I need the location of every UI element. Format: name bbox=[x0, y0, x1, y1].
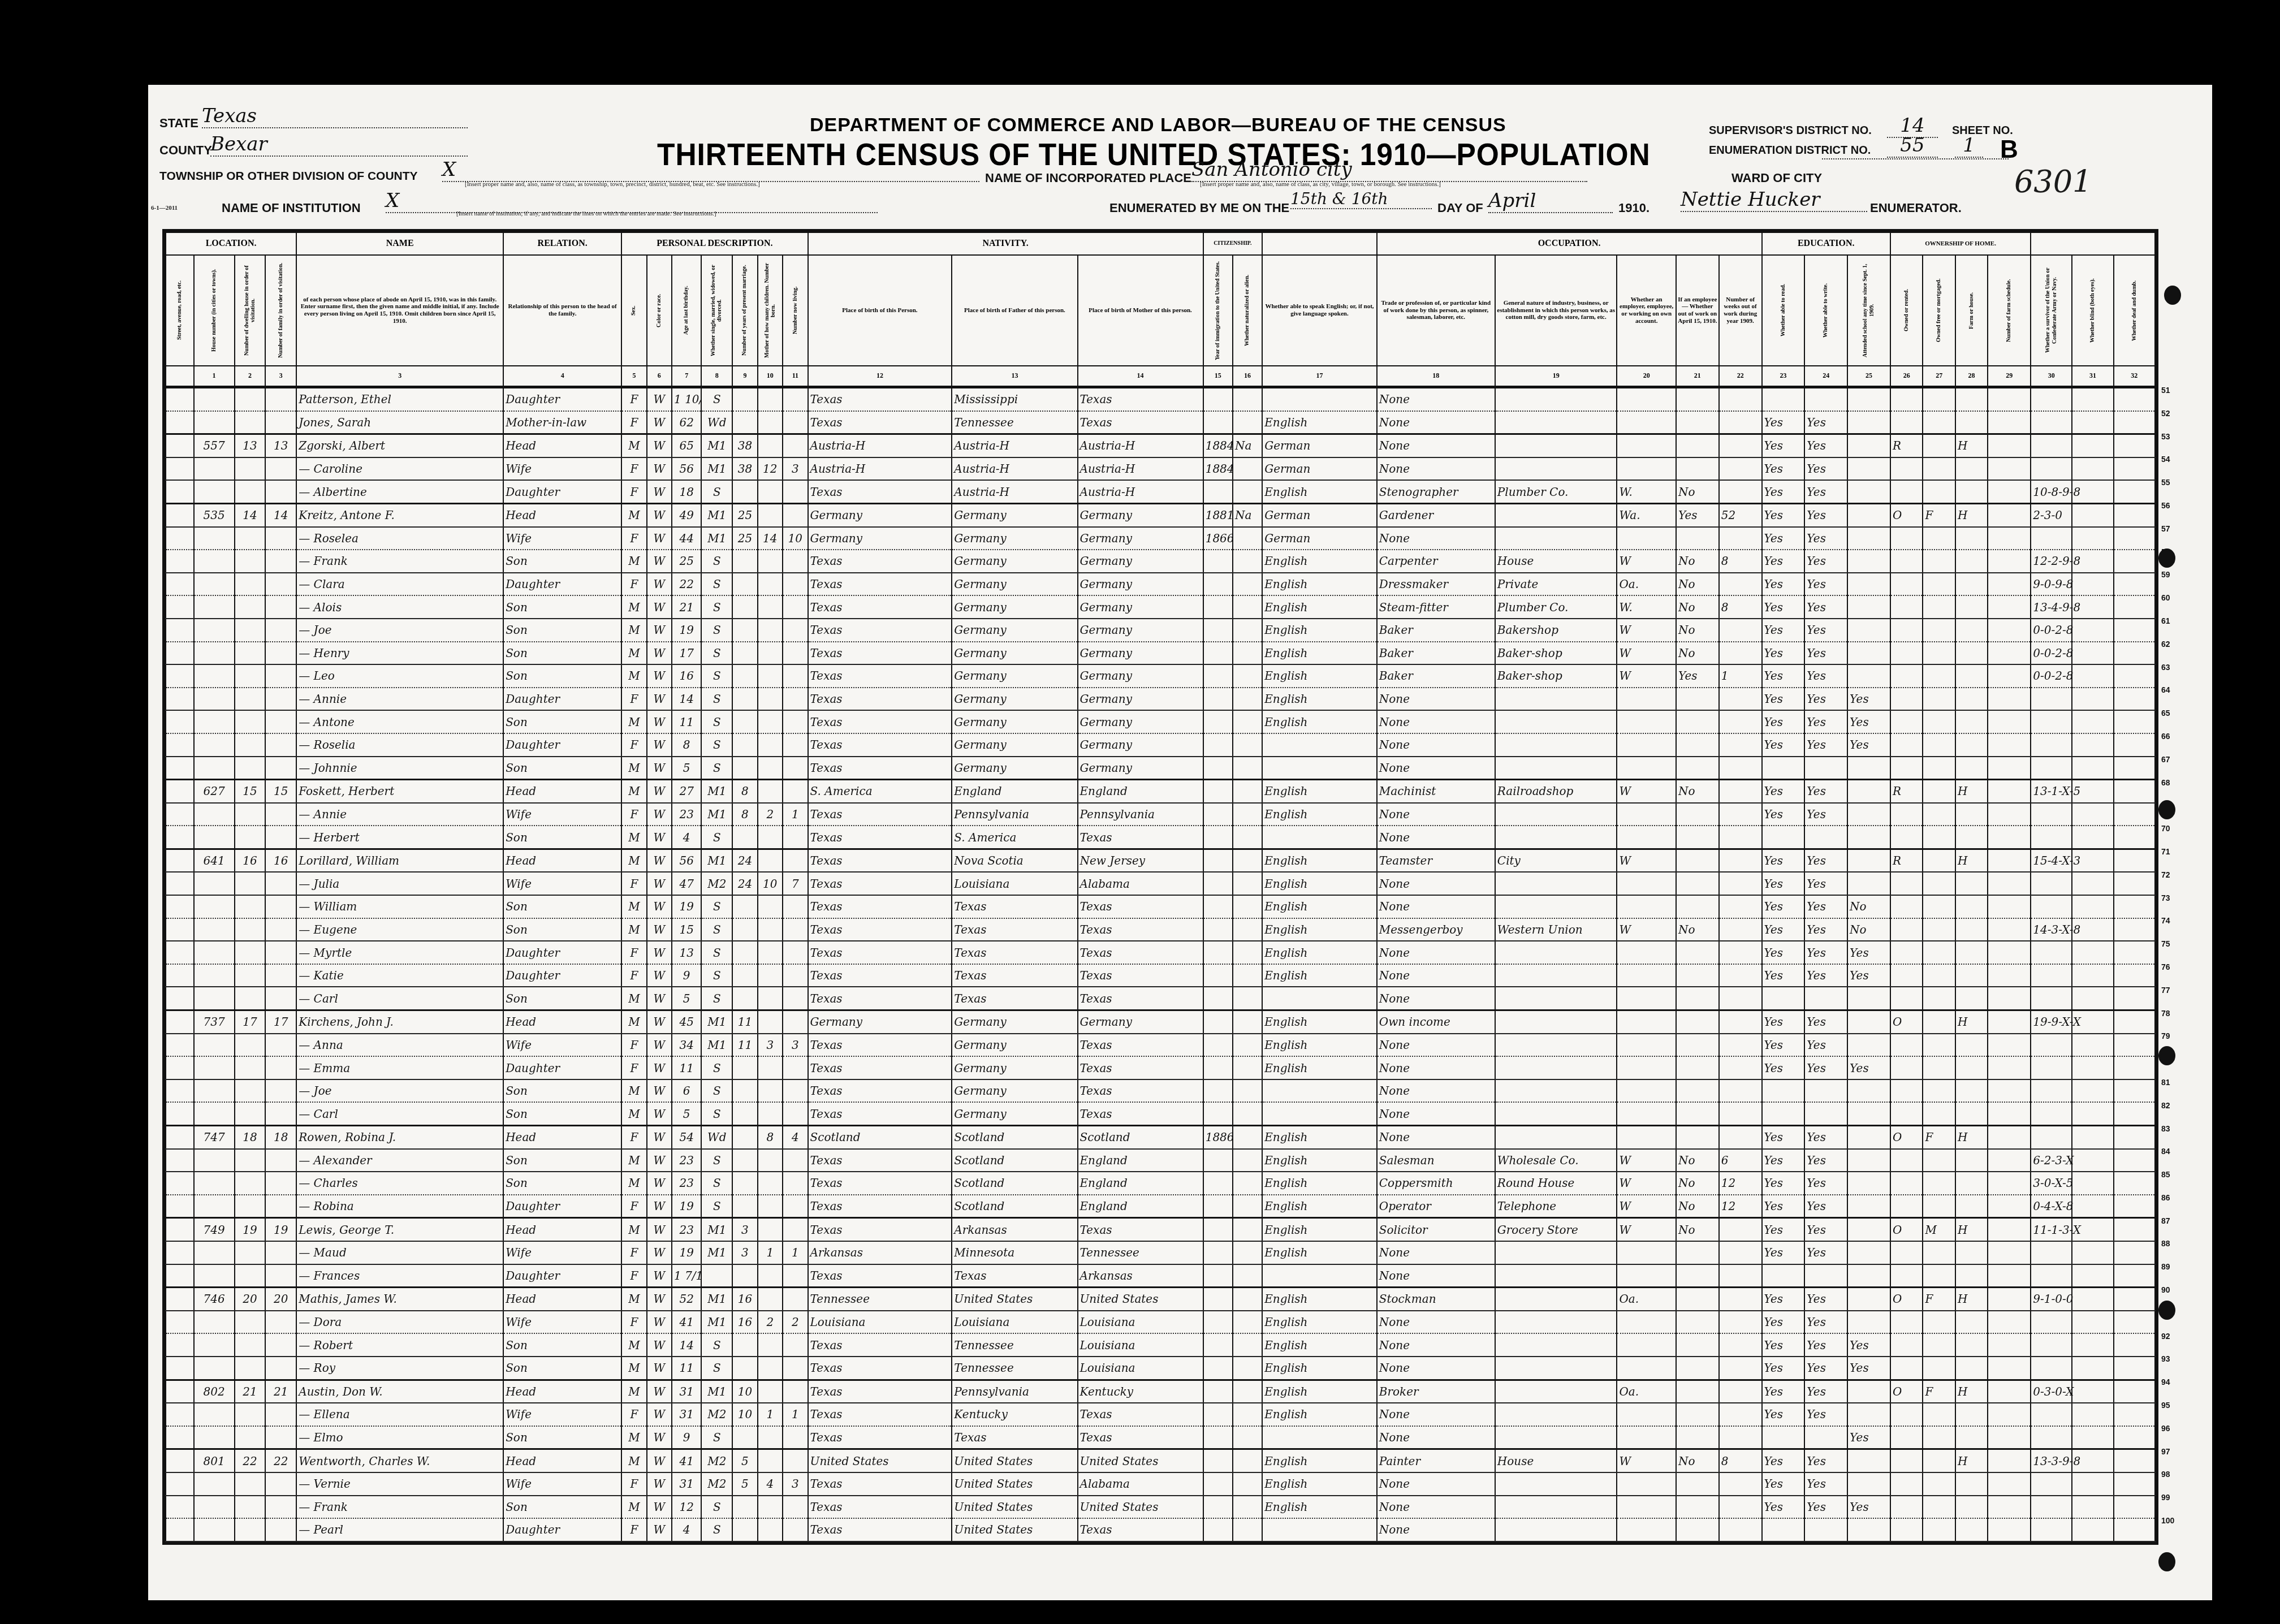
cell-sex: M bbox=[621, 849, 646, 872]
cell-name: Wentworth, Charles W. bbox=[296, 1449, 503, 1472]
cell-pob: Germany bbox=[808, 503, 952, 526]
cell-emp bbox=[1617, 1264, 1676, 1288]
cell-name: — Anna bbox=[296, 1034, 503, 1057]
punch-hole bbox=[2158, 548, 2175, 568]
cell-name: — Caroline bbox=[296, 457, 503, 481]
line-number: 72 bbox=[2161, 863, 2195, 887]
cell-marital: S bbox=[701, 757, 732, 780]
cell-out: No bbox=[1676, 1449, 1719, 1472]
cell-pob: Texas bbox=[808, 1518, 952, 1541]
cell-name: — Emma bbox=[296, 1056, 503, 1079]
table-row: — CarolineWifeFW56M138123Austria-HAustri… bbox=[166, 457, 2155, 481]
cell-empty bbox=[2114, 411, 2155, 434]
cell-race: W bbox=[647, 895, 672, 918]
supervisor-district-label: SUPERVISOR'S DISTRICT NO. bbox=[1709, 124, 1872, 137]
cell-marital bbox=[701, 1264, 732, 1288]
cell-lang: English bbox=[1262, 895, 1377, 918]
cell-out bbox=[1676, 1357, 1719, 1380]
cell-read: Yes bbox=[1762, 918, 1805, 941]
cell-nat bbox=[1233, 595, 1262, 619]
cell-out: No bbox=[1676, 1149, 1719, 1172]
cell-yrs: 3 bbox=[732, 1218, 757, 1241]
cell-living bbox=[783, 434, 808, 457]
cell-sex: F bbox=[621, 1034, 646, 1057]
cell-pob: Texas bbox=[808, 941, 952, 964]
cell-farm bbox=[1955, 642, 1988, 665]
cell-age: 45 bbox=[672, 1010, 701, 1034]
cell-empty bbox=[166, 987, 194, 1010]
cell-weeks: 12 bbox=[1719, 1195, 1762, 1218]
line-number: 53 bbox=[2161, 425, 2195, 448]
cell-pob: Texas bbox=[808, 918, 952, 941]
line-number: 62 bbox=[2161, 633, 2195, 656]
line-number: 70 bbox=[2161, 817, 2195, 840]
cell-farm bbox=[1955, 987, 1988, 1010]
cell-read: Yes bbox=[1762, 619, 1805, 642]
cell-pob_father: Texas bbox=[952, 918, 1077, 941]
cell-weeks bbox=[1719, 1288, 1762, 1311]
col-header-marital: Whether single, married, widowed, or div… bbox=[701, 255, 732, 366]
cell-marital: S bbox=[701, 733, 732, 757]
cell-free bbox=[1923, 1034, 1955, 1057]
cell-own bbox=[1890, 918, 1923, 941]
col-header-age: Age at last birthday. bbox=[672, 255, 701, 366]
table-row: — EugeneSonMW15STexasTexasTexasEnglishMe… bbox=[166, 918, 2155, 941]
cell-living bbox=[783, 895, 808, 918]
cell-name: — Carl bbox=[296, 1102, 503, 1125]
cell-code: 9-1-0-0 bbox=[2031, 1288, 2072, 1311]
cell-school bbox=[1847, 1241, 1890, 1264]
cell-born bbox=[758, 895, 783, 918]
cell-empty bbox=[2072, 1518, 2113, 1541]
cell-emp: W bbox=[1617, 1449, 1676, 1472]
cell-family bbox=[265, 872, 296, 895]
cell-trade: None bbox=[1377, 1333, 1495, 1357]
table-row: — DoraWifeFW41M11622LouisianaLouisianaLo… bbox=[166, 1311, 2155, 1334]
cell-dwelling bbox=[235, 1518, 266, 1541]
cell-read: Yes bbox=[1762, 964, 1805, 987]
cell-weeks: 6 bbox=[1719, 1149, 1762, 1172]
cell-dwelling bbox=[235, 826, 266, 849]
cell-dwelling bbox=[235, 1472, 266, 1496]
cell-out bbox=[1676, 1403, 1719, 1426]
cell-age: 14 bbox=[672, 1333, 701, 1357]
cell-age: 17 bbox=[672, 642, 701, 665]
cell-sex: M bbox=[621, 595, 646, 619]
incorporated-place-value: San Antonio city bbox=[1191, 158, 1587, 182]
cell-read bbox=[1762, 826, 1805, 849]
cell-name: — Alexander bbox=[296, 1149, 503, 1172]
census-sheet: STATE Texas COUNTY Bexar TOWNSHIP OR OTH… bbox=[148, 85, 2212, 1600]
line-number: 99 bbox=[2161, 1486, 2195, 1509]
cell-name: — Myrtle bbox=[296, 941, 503, 964]
enumerator-name: Nettie Hucker bbox=[1681, 188, 1867, 212]
cell-pob: Germany bbox=[808, 527, 952, 550]
cell-sex: M bbox=[621, 710, 646, 733]
cell-sched bbox=[1988, 964, 2031, 987]
cell-own bbox=[1890, 1403, 1923, 1426]
cell-marital: S bbox=[701, 1149, 732, 1172]
cell-out bbox=[1676, 987, 1719, 1010]
cell-name: — Herbert bbox=[296, 826, 503, 849]
cell-sched bbox=[1988, 480, 2031, 503]
col-header-sex: Sex. bbox=[621, 255, 646, 366]
col-header-owned-rented: Owned or rented. bbox=[1890, 255, 1923, 366]
cell-sex: F bbox=[621, 1056, 646, 1079]
cell-free bbox=[1923, 1102, 1955, 1125]
cell-age: 9 bbox=[672, 964, 701, 987]
cell-sched bbox=[1988, 1010, 2031, 1034]
cell-own bbox=[1890, 457, 1923, 481]
cell-name: Lewis, George T. bbox=[296, 1218, 503, 1241]
cell-write bbox=[1804, 826, 1847, 849]
cell-code bbox=[2031, 387, 2072, 411]
col-num: 6 bbox=[647, 366, 672, 387]
cell-family bbox=[265, 987, 296, 1010]
cell-weeks bbox=[1719, 434, 1762, 457]
county-label: COUNTY bbox=[159, 143, 212, 158]
cell-dwelling bbox=[235, 1496, 266, 1519]
table-row: — MaudWifeFW19M1311ArkansasMinnesotaTenn… bbox=[166, 1241, 2155, 1264]
cell-house bbox=[194, 1241, 235, 1264]
cell-nat bbox=[1233, 918, 1262, 941]
cell-immig bbox=[1203, 1172, 1233, 1195]
cell-sched bbox=[1988, 1496, 2031, 1519]
cell-own bbox=[1890, 1518, 1923, 1541]
cell-code: 13-3-9-8 bbox=[2031, 1449, 2072, 1472]
cell-read: Yes bbox=[1762, 1218, 1805, 1241]
cell-emp bbox=[1617, 1357, 1676, 1380]
cell-pob: Texas bbox=[808, 1149, 952, 1172]
enumeration-district-value: 55 bbox=[1887, 134, 1938, 158]
cell-sched bbox=[1988, 1149, 2031, 1172]
line-number: 77 bbox=[2161, 979, 2195, 1002]
cell-empty bbox=[166, 1357, 194, 1380]
col-num: 23 bbox=[1762, 366, 1805, 387]
cell-family bbox=[265, 1149, 296, 1172]
cell-free bbox=[1923, 826, 1955, 849]
cell-family bbox=[265, 619, 296, 642]
cell-trade: None bbox=[1377, 1472, 1495, 1496]
cell-trade: Coppersmith bbox=[1377, 1172, 1495, 1195]
col-header-trade: Trade or profession of, or particular ki… bbox=[1377, 255, 1495, 366]
cell-industry bbox=[1495, 941, 1617, 964]
cell-empty bbox=[166, 480, 194, 503]
table-row: — MyrtleDaughterFW13STexasTexasTexasEngl… bbox=[166, 941, 2155, 964]
cell-sched bbox=[1988, 1195, 2031, 1218]
cell-relation: Wife bbox=[503, 803, 621, 826]
cell-pob: Texas bbox=[808, 757, 952, 780]
cell-pob_mother: Austria-H bbox=[1078, 457, 1203, 481]
cell-sex: M bbox=[621, 1218, 646, 1241]
group-ownership: OWNERSHIP OF HOME. bbox=[1890, 232, 2031, 255]
cell-yrs bbox=[732, 642, 757, 665]
cell-sex: F bbox=[621, 1311, 646, 1334]
cell-family bbox=[265, 757, 296, 780]
cell-farm: H bbox=[1955, 780, 1988, 803]
cell-farm bbox=[1955, 1311, 1988, 1334]
cell-race: W bbox=[647, 1426, 672, 1449]
cell-own bbox=[1890, 803, 1923, 826]
cell-house bbox=[194, 826, 235, 849]
cell-free bbox=[1923, 387, 1955, 411]
cell-own bbox=[1890, 1172, 1923, 1195]
ward-value bbox=[1822, 158, 2009, 159]
cell-marital: S bbox=[701, 664, 732, 688]
cell-house bbox=[194, 1472, 235, 1496]
cell-weeks bbox=[1719, 849, 1762, 872]
line-number: 68 bbox=[2161, 771, 2195, 794]
cell-code bbox=[2031, 803, 2072, 826]
cell-free bbox=[1923, 849, 1955, 872]
cell-name: — Julia bbox=[296, 872, 503, 895]
line-number: 95 bbox=[2161, 1394, 2195, 1417]
cell-free bbox=[1923, 1496, 1955, 1519]
cell-sex: M bbox=[621, 434, 646, 457]
cell-family bbox=[265, 688, 296, 711]
cell-out bbox=[1676, 1264, 1719, 1288]
cell-relation: Daughter bbox=[503, 733, 621, 757]
cell-pob_mother: Louisiana bbox=[1078, 1311, 1203, 1334]
cell-free bbox=[1923, 895, 1955, 918]
cell-empty bbox=[2114, 1426, 2155, 1449]
cell-age: 6 bbox=[672, 1079, 701, 1103]
cell-race: W bbox=[647, 480, 672, 503]
cell-farm bbox=[1955, 803, 1988, 826]
cell-marital: S bbox=[701, 826, 732, 849]
cell-sex: M bbox=[621, 1380, 646, 1403]
cell-marital: S bbox=[701, 387, 732, 411]
cell-sched bbox=[1988, 849, 2031, 872]
cell-read: Yes bbox=[1762, 1403, 1805, 1426]
cell-trade: None bbox=[1377, 895, 1495, 918]
township-note: [Insert proper name and, also, name of c… bbox=[465, 181, 760, 188]
cell-lang: English bbox=[1262, 1380, 1377, 1403]
cell-pob_father: Mississippi bbox=[952, 387, 1077, 411]
cell-emp: W bbox=[1617, 1195, 1676, 1218]
col-header-children-living: Number now living. bbox=[783, 255, 808, 366]
cell-race: W bbox=[647, 1241, 672, 1264]
cell-empty bbox=[2114, 480, 2155, 503]
cell-nat bbox=[1233, 941, 1262, 964]
cell-born bbox=[758, 964, 783, 987]
cell-industry bbox=[1495, 1010, 1617, 1034]
cell-lang: English bbox=[1262, 1195, 1377, 1218]
cell-empty bbox=[166, 619, 194, 642]
cell-pob_father: Germany bbox=[952, 1010, 1077, 1034]
cell-nat bbox=[1233, 849, 1262, 872]
cell-sched bbox=[1988, 826, 2031, 849]
cell-dwelling bbox=[235, 803, 266, 826]
cell-race: W bbox=[647, 1357, 672, 1380]
cell-farm bbox=[1955, 1518, 1988, 1541]
cell-living bbox=[783, 1079, 808, 1103]
cell-yrs: 25 bbox=[732, 503, 757, 526]
cell-marital: S bbox=[701, 1056, 732, 1079]
cell-own bbox=[1890, 1102, 1923, 1125]
cell-empty bbox=[166, 1426, 194, 1449]
cell-relation: Head bbox=[503, 1218, 621, 1241]
cell-immig bbox=[1203, 1426, 1233, 1449]
cell-out bbox=[1676, 1518, 1719, 1541]
cell-nat bbox=[1233, 1172, 1262, 1195]
cell-code bbox=[2031, 1403, 2072, 1426]
cell-pob_father: Germany bbox=[952, 527, 1077, 550]
cell-race: W bbox=[647, 550, 672, 573]
line-number: 76 bbox=[2161, 956, 2195, 979]
cell-house bbox=[194, 987, 235, 1010]
cell-own bbox=[1890, 688, 1923, 711]
cell-code bbox=[2031, 733, 2072, 757]
cell-industry bbox=[1495, 387, 1617, 411]
cell-empty bbox=[166, 595, 194, 619]
cell-marital: M2 bbox=[701, 1403, 732, 1426]
cell-out bbox=[1676, 1056, 1719, 1079]
cell-empty bbox=[2072, 987, 2113, 1010]
cell-marital: Wd bbox=[701, 1126, 732, 1149]
cell-sched bbox=[1988, 733, 2031, 757]
line-number: 79 bbox=[2161, 1025, 2195, 1048]
cell-empty bbox=[2072, 872, 2113, 895]
cell-sched bbox=[1988, 550, 2031, 573]
cell-free bbox=[1923, 780, 1955, 803]
cell-living bbox=[783, 503, 808, 526]
cell-immig bbox=[1203, 1056, 1233, 1079]
cell-own bbox=[1890, 1149, 1923, 1172]
cell-read: Yes bbox=[1762, 780, 1805, 803]
cell-dwelling bbox=[235, 1056, 266, 1079]
cell-yrs bbox=[732, 1056, 757, 1079]
cell-house bbox=[194, 688, 235, 711]
cell-empty bbox=[2114, 664, 2155, 688]
cell-own bbox=[1890, 387, 1923, 411]
cell-write: Yes bbox=[1804, 1218, 1847, 1241]
cell-empty bbox=[166, 1126, 194, 1149]
cell-write bbox=[1804, 1079, 1847, 1103]
cell-out: No bbox=[1676, 1218, 1719, 1241]
cell-relation: Wife bbox=[503, 872, 621, 895]
cell-immig bbox=[1203, 664, 1233, 688]
group-relation: RELATION. bbox=[503, 232, 621, 255]
cell-pob: Arkansas bbox=[808, 1241, 952, 1264]
cell-industry bbox=[1495, 411, 1617, 434]
cell-pob_father: Germany bbox=[952, 619, 1077, 642]
cell-empty bbox=[166, 1218, 194, 1241]
cell-read bbox=[1762, 387, 1805, 411]
cell-age: 23 bbox=[672, 1218, 701, 1241]
cell-family bbox=[265, 1172, 296, 1195]
cell-yrs: 5 bbox=[732, 1449, 757, 1472]
cell-farm bbox=[1955, 918, 1988, 941]
cell-age: 23 bbox=[672, 1172, 701, 1195]
cell-sex: F bbox=[621, 688, 646, 711]
cell-house bbox=[194, 1172, 235, 1195]
cell-free bbox=[1923, 1449, 1955, 1472]
cell-pob_mother: Texas bbox=[1078, 826, 1203, 849]
cell-pob_mother: Germany bbox=[1078, 1010, 1203, 1034]
cell-own bbox=[1890, 1472, 1923, 1496]
cell-out bbox=[1676, 941, 1719, 964]
cell-write: Yes bbox=[1804, 1010, 1847, 1034]
cell-race: W bbox=[647, 1218, 672, 1241]
cell-family bbox=[265, 1472, 296, 1496]
cell-nat bbox=[1233, 757, 1262, 780]
cell-empty bbox=[2072, 619, 2113, 642]
cell-age: 1 10/12 bbox=[672, 387, 701, 411]
cell-own: O bbox=[1890, 1010, 1923, 1034]
cell-lang: English bbox=[1262, 1288, 1377, 1311]
cell-relation: Son bbox=[503, 918, 621, 941]
cell-family bbox=[265, 573, 296, 596]
cell-lang bbox=[1262, 826, 1377, 849]
cell-nat bbox=[1233, 1010, 1262, 1034]
cell-relation: Son bbox=[503, 595, 621, 619]
cell-pob: Germany bbox=[808, 1010, 952, 1034]
cell-school bbox=[1847, 1311, 1890, 1334]
cell-out: No bbox=[1676, 480, 1719, 503]
cell-pob_father: Germany bbox=[952, 664, 1077, 688]
cell-empty bbox=[2114, 1288, 2155, 1311]
cell-weeks bbox=[1719, 757, 1762, 780]
cell-empty bbox=[2114, 757, 2155, 780]
cell-empty bbox=[2072, 895, 2113, 918]
cell-lang bbox=[1262, 1518, 1377, 1541]
cell-pob: Texas bbox=[808, 1264, 952, 1288]
cell-write: Yes bbox=[1804, 733, 1847, 757]
cell-dwelling bbox=[235, 1149, 266, 1172]
cell-marital: M1 bbox=[701, 503, 732, 526]
cell-race: W bbox=[647, 1472, 672, 1496]
cell-sex: M bbox=[621, 1357, 646, 1380]
cell-write: Yes bbox=[1804, 1195, 1847, 1218]
cell-read: Yes bbox=[1762, 1010, 1805, 1034]
cell-code bbox=[2031, 1333, 2072, 1357]
cell-sched bbox=[1988, 503, 2031, 526]
cell-living bbox=[783, 411, 808, 434]
cell-weeks bbox=[1719, 1056, 1762, 1079]
cell-weeks bbox=[1719, 411, 1762, 434]
cell-farm bbox=[1955, 1172, 1988, 1195]
cell-dwelling bbox=[235, 1357, 266, 1380]
cell-name: — Frank bbox=[296, 550, 503, 573]
cell-emp bbox=[1617, 941, 1676, 964]
cell-dwelling bbox=[235, 757, 266, 780]
cell-farm bbox=[1955, 941, 1988, 964]
cell-nat bbox=[1233, 1449, 1262, 1472]
cell-family bbox=[265, 803, 296, 826]
cell-marital: M1 bbox=[701, 1034, 732, 1057]
cell-sex: M bbox=[621, 1449, 646, 1472]
cell-race: W bbox=[647, 1056, 672, 1079]
cell-empty bbox=[2114, 595, 2155, 619]
cell-relation: Wife bbox=[503, 1472, 621, 1496]
cell-read: Yes bbox=[1762, 1195, 1805, 1218]
cell-empty bbox=[166, 733, 194, 757]
cell-weeks: 8 bbox=[1719, 595, 1762, 619]
cell-trade: None bbox=[1377, 803, 1495, 826]
cell-yrs bbox=[732, 895, 757, 918]
cell-emp bbox=[1617, 411, 1676, 434]
cell-own bbox=[1890, 1195, 1923, 1218]
cell-age: 14 bbox=[672, 688, 701, 711]
cell-pob_mother: Texas bbox=[1078, 964, 1203, 987]
cell-pob_father: Texas bbox=[952, 1264, 1077, 1288]
cell-name: Mathis, James W. bbox=[296, 1288, 503, 1311]
cell-dwelling bbox=[235, 1333, 266, 1357]
cell-free: F bbox=[1923, 503, 1955, 526]
cell-empty bbox=[2114, 1333, 2155, 1357]
cell-nat bbox=[1233, 1311, 1262, 1334]
